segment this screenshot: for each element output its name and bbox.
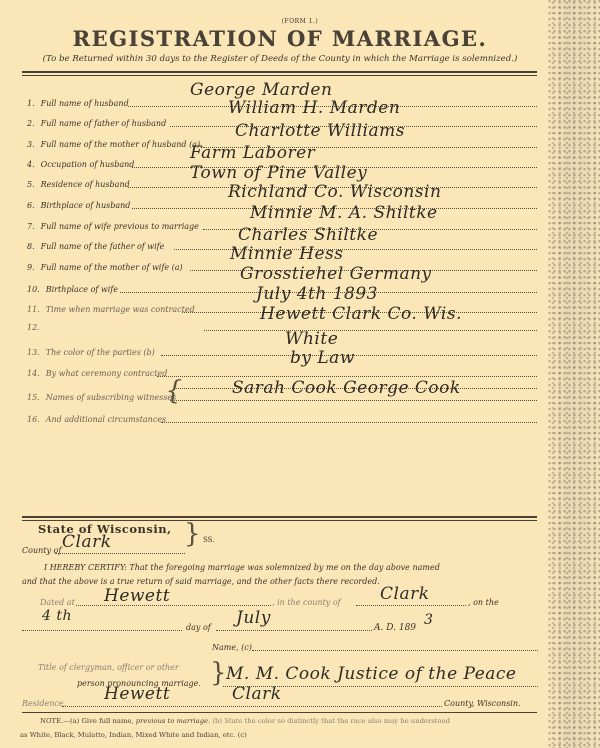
field-label-text: Full name of the mother of husband (a): [41, 140, 200, 149]
brace-title: }: [210, 660, 227, 686]
field-label-text: Full name of the mother of wife (a): [41, 263, 183, 272]
footnote-line-2: as White, Black, Mulatto, Indian, Mixed …: [20, 731, 247, 739]
dated-at-value[interactable]: Hewett: [104, 586, 170, 606]
field-label: 3.Full name of the mother of husband (a): [27, 140, 200, 149]
title-value[interactable]: M. M. Cook Justice of the Peace: [226, 664, 516, 684]
field-label-text: By what ceremony contracted: [46, 369, 168, 378]
county-wisconsin-label: County, Wisconsin.: [444, 699, 521, 708]
field-number: 4.: [27, 160, 35, 169]
witness-brace: {: [166, 378, 183, 404]
field-dotted-line: [161, 422, 537, 423]
field-number: 11.: [27, 305, 40, 314]
on-the-label: , on the: [468, 598, 499, 607]
month-value[interactable]: July: [236, 608, 271, 628]
year-value[interactable]: 3: [424, 612, 433, 628]
field-number: 3.: [27, 140, 35, 149]
field-label-text: Residence of husband: [41, 180, 130, 189]
field-dotted-line: [157, 376, 537, 377]
footnote-rule: [22, 712, 537, 713]
section-rule: [22, 516, 537, 518]
field-label-text: Birthplace of wife: [46, 285, 118, 294]
footnote-line-1: NOTE.—(a) Give full name, previous to ma…: [40, 717, 450, 725]
field-label: 1.Full name of husband: [27, 99, 129, 108]
field-label: 5.Residence of husband: [27, 180, 130, 189]
form-field-row: 13.The color of the parties (b): [27, 343, 537, 359]
field-label: 15.Names of subscribing witnesses: [27, 393, 176, 402]
field-dotted-line: [204, 330, 537, 331]
field-number: 10.: [27, 285, 40, 294]
field-label: 6.Birthplace of husband: [27, 201, 130, 210]
day-dots: [22, 630, 182, 631]
field-number: 5.: [27, 180, 35, 189]
name-dots: [252, 650, 538, 651]
form-number: (FORM 1.): [0, 18, 600, 25]
field-value[interactable]: Minnie M. A. Shiltke: [250, 203, 438, 223]
scan-edge-noise: [548, 0, 600, 748]
brace-top: }: [184, 521, 201, 547]
field-label-text: Full name of father of husband: [41, 119, 167, 128]
field-number: 9.: [27, 263, 35, 272]
field-value[interactable]: Minnie Hess: [230, 244, 343, 264]
field-number: 6.: [27, 201, 35, 210]
day-value[interactable]: 4 th: [42, 608, 72, 624]
month-dots: [216, 630, 372, 631]
residence-dots: [62, 706, 442, 707]
field-number: 15.: [27, 393, 40, 402]
dated-at-label: Dated at: [40, 598, 75, 607]
field-label-text: Birthplace of husband: [41, 201, 131, 210]
field-value[interactable]: Grosstiehel Germany: [240, 264, 432, 284]
field-value[interactable]: Farm Laborer: [190, 143, 315, 163]
field-value[interactable]: Charlotte Williams: [235, 121, 405, 141]
name-label: Name, (c): [212, 643, 252, 652]
field-value[interactable]: Charles Shiltke: [238, 225, 378, 245]
field-number: 14.: [27, 369, 40, 378]
field-label: 12.: [27, 323, 40, 332]
field-label: 13.The color of the parties (b): [27, 348, 155, 357]
field-label-text: Names of subscribing witnesses: [46, 393, 176, 402]
footnote-a-emph: previous to marriage.: [136, 717, 211, 725]
county-of-value[interactable]: Clark: [380, 584, 430, 604]
field-label: 16.And additional circumstances: [27, 415, 166, 424]
residence-county-value[interactable]: Clark: [232, 684, 282, 704]
field-label-text: Full name of husband: [41, 99, 129, 108]
document-title: REGISTRATION OF MARRIAGE.: [0, 26, 560, 51]
field-value[interactable]: George Marden: [190, 80, 332, 100]
field-value[interactable]: White: [285, 329, 338, 349]
field-label: 14.By what ceremony contracted: [27, 369, 167, 378]
field-value[interactable]: Richland Co. Wisconsin: [228, 182, 441, 202]
field-label: 10.Birthplace of wife: [27, 285, 118, 294]
field-label: 9.Full name of the mother of wife (a): [27, 263, 183, 272]
field-label-text: The color of the parties (b): [46, 348, 155, 357]
field-number: 16.: [27, 415, 40, 424]
ad-label: A. D. 189: [374, 623, 416, 633]
field-dotted-line: [170, 400, 538, 401]
county-dots: [55, 553, 185, 554]
field-value[interactable]: Hewett Clark Co. Wis.: [260, 304, 462, 324]
ss-label: SS.: [203, 536, 214, 544]
field-number: 8.: [27, 242, 35, 251]
field-value[interactable]: William H. Marden: [228, 98, 400, 118]
certify-text-1: I HEREBY CERTIFY: That the foregoing mar…: [44, 563, 440, 572]
field-number: 7.: [27, 222, 35, 231]
residence-label: Residence.: [22, 699, 66, 708]
field-value[interactable]: Sarah Cook George Cook: [232, 378, 461, 398]
field-label: 7.Full name of wife previous to marriage: [27, 222, 199, 231]
certify-text-2: and that the above is a true return of s…: [22, 577, 380, 586]
field-number: 1.: [27, 99, 35, 108]
section-rule-thin: [22, 520, 537, 521]
field-label-text: And additional circumstances: [46, 415, 166, 424]
field-label: 8.Full name of the father of wife: [27, 242, 164, 251]
field-label-text: Full name of wife previous to marriage: [41, 222, 199, 231]
field-dotted-line: [174, 249, 537, 250]
field-label-text: Full name of the father of wife: [41, 242, 165, 251]
county-of-dots: [356, 605, 466, 606]
footnote-b: (b) State the color so distinctly that t…: [210, 717, 450, 725]
field-label: 4.Occupation of husband: [27, 160, 134, 169]
field-label: 2.Full name of father of husband: [27, 119, 166, 128]
footnote-a: NOTE.—(a) Give full name,: [40, 717, 136, 725]
field-value[interactable]: Town of Pine Valley: [190, 163, 367, 183]
county-of-label: , in the county of: [272, 598, 341, 607]
field-value[interactable]: July 4th 1893: [256, 284, 378, 304]
field-label-text: Occupation of husband: [41, 160, 135, 169]
field-number: 2.: [27, 119, 35, 128]
document-subtitle: (To be Returned within 30 days to the Re…: [0, 54, 560, 64]
county-value[interactable]: Clark: [62, 532, 112, 552]
form-field-row: 16.And additional circumstances: [27, 410, 537, 426]
day-of-label: day of: [186, 623, 211, 632]
field-label-text: Time when marriage was contracted: [46, 305, 195, 314]
field-number: 13.: [27, 348, 40, 357]
field-label: 11.Time when marriage was contracted: [27, 305, 195, 314]
field-value[interactable]: by Law: [290, 348, 355, 368]
header-rule: [22, 71, 537, 73]
title-label-1: Title of clergyman, officer or other: [38, 663, 179, 672]
residence-value[interactable]: Hewett: [104, 684, 170, 704]
header-rule-thin: [22, 75, 537, 76]
